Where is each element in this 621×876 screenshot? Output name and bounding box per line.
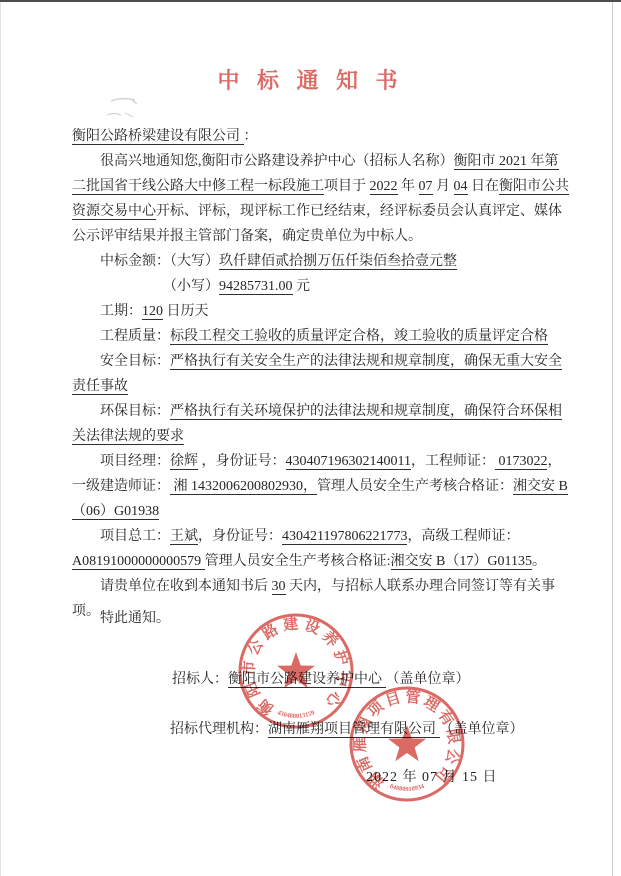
- contract-days: 30: [272, 579, 286, 595]
- duration-days: 120: [142, 304, 163, 320]
- manager-id-number: 430407196302140011: [286, 454, 411, 470]
- bid-open-year: 2022: [370, 179, 398, 195]
- award-amount-digits: 94285731.00: [219, 279, 293, 295]
- award-amount-words-line: 中标金额：（大写）玖仟肆佰贰拾捌万伍仟柒佰叁拾壹元整: [72, 249, 569, 274]
- seal-star-icon: [388, 725, 426, 761]
- pencil-smudge-mark: [101, 93, 147, 127]
- chief-safety-cert: 湘交安 B（17）G01135: [391, 554, 532, 570]
- seal-code: 430480013159: [276, 709, 316, 720]
- environment-goal-line: 环保目标：严格执行有关环境保护的法律法规和规章制度，确保符合环保相关法律法规的要…: [72, 399, 569, 449]
- manager-builder-cert: 湘 1432006200802930，: [170, 479, 317, 495]
- manager-engineer-cert: 0173022: [495, 454, 548, 470]
- document-title: 中 标 通 知 书: [0, 64, 621, 95]
- closing-statement: 特此通知。: [100, 607, 170, 627]
- svg-text:04080910934: 04080910934: [389, 783, 426, 793]
- chief-engineer-cert: A08191000000000579: [72, 554, 205, 570]
- project-manager-line: 项目经理：徐辉 ，身份证号：430407196302140011，工程师证： 0…: [72, 449, 569, 524]
- scan-edge-left: [0, 2, 1, 876]
- duration-line: 工期：120 日历天: [72, 299, 569, 324]
- award-notice-document: 中 标 通 知 书 衡阳公路桥梁建设有限公司 ： 很高兴地通知您,衡阳市公路建设…: [0, 0, 621, 876]
- chief-engineer-line: 项目总工：王斌，身份证号：430421197806221773，高级工程师证：A…: [72, 524, 569, 574]
- award-amount-digits-line: （小写）94285731.00 元: [72, 274, 569, 299]
- quality-value: 标段工程交工验收的质量评定合格，竣工验收的质量评定合格: [170, 329, 548, 345]
- document-body: 衡阳公路桥梁建设有限公司 ： 很高兴地通知您,衡阳市公路建设养护中心（招标人名称…: [72, 124, 569, 624]
- scan-edge-top: [0, 0, 621, 2]
- bid-open-month: 07: [419, 179, 433, 195]
- chief-id-number: 430421197806221773: [282, 529, 407, 545]
- intro-paragraph: 很高兴地通知您,衡阳市公路建设养护中心（招标人名称）衡阳市 2021 年第二批国…: [72, 149, 569, 249]
- bid-open-day: 04: [454, 179, 468, 195]
- scan-edge-right: [612, 2, 613, 876]
- recipient-line: 衡阳公路桥梁建设有限公司 ：: [72, 124, 569, 149]
- svg-text:430480013159: 430480013159: [276, 709, 316, 720]
- recipient-name: 衡阳公路桥梁建设有限公司: [72, 129, 244, 145]
- award-amount-words: 玖仟肆佰贰拾捌万伍仟柒佰叁拾壹元整: [219, 254, 457, 270]
- quality-line: 工程质量：标段工程交工验收的质量评定合格，竣工验收的质量评定合格: [72, 324, 569, 349]
- agency-official-seal: 湖南雁翔项目管理有限公司 04080910934: [337, 674, 477, 814]
- chief-name: 王斌: [170, 529, 198, 545]
- seal-code: 04080910934: [389, 783, 426, 793]
- safety-goal-line: 安全目标：严格执行有关安全生产的法律法规和规章制度，确保无重大安全责任事故: [72, 349, 569, 399]
- seal-star-icon: [277, 652, 315, 688]
- manager-name: 徐辉: [170, 454, 198, 470]
